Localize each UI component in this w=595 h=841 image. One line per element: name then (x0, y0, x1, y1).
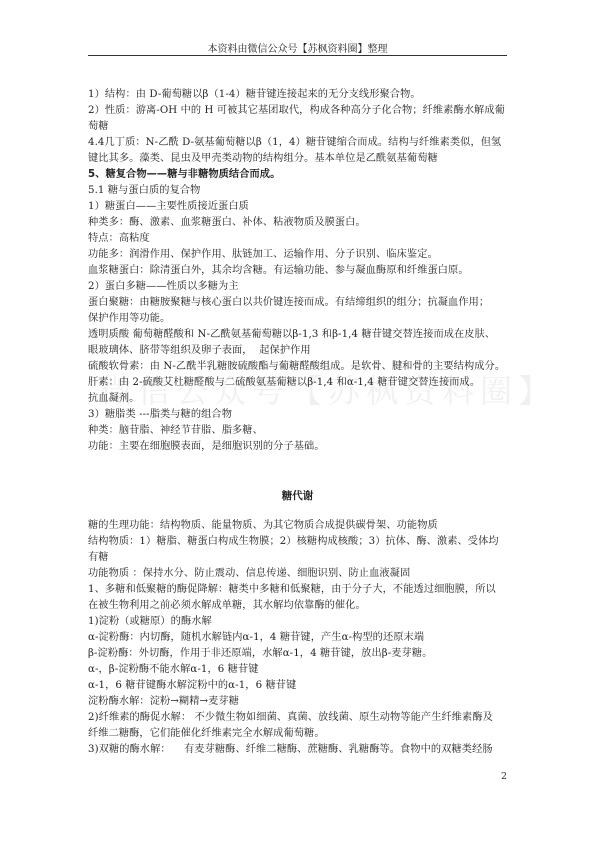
section-heading-glycoconjugates: 5、糖复合物——糖与非糖物质结合而成。 (88, 167, 510, 183)
paragraph-line: 保护作用等功能。 (88, 311, 510, 327)
header-divider (88, 55, 507, 56)
paragraph-line: 2）蛋白多糖——性质以多糖为主 (88, 279, 510, 295)
section-title-glucose-metabolism: 糖代谢 (88, 488, 507, 503)
page-header: 本资料由微信公众号【苏枫资料圈】整理 (88, 40, 507, 55)
paragraph-line: 蛋白聚糖：由糖胺聚糖与核心蛋白以共价键连接而成。有结缔组织的组分；抗凝血作用； (88, 295, 510, 311)
paragraph-line: 键比其多。藻类、昆虫及甲壳类动物的结构组分。基本单位是乙酰氨基葡萄糖 (88, 151, 510, 167)
paragraph-line: 3）糖脂类 ---脂类与糖的组合物 (88, 407, 510, 423)
paragraph-line: 肝素：由 2-硫酸艾杜糖醛酸与二硫酸氨基葡糖以β-1,4 和α-1,4 糖苷键交… (88, 375, 510, 391)
paragraph-line: 1)淀粉（或糖原）的酶水解 (88, 614, 510, 630)
paragraph-line: 2)纤维素的酶促水解： 不少微生物如细菌、真菌、放线菌、原生动物等能产生纤维素酶… (88, 710, 510, 726)
paragraph-line: 硫酸软骨素：由 N-乙酰半乳糖胺硫酸酯与葡糖醛酸组成。是软骨、腱和骨的主要结构成… (88, 359, 510, 375)
paragraph-line: 种类：脑苷脂、神经节苷脂、脂多糖、 (88, 423, 510, 439)
paragraph-line: 糖的生理功能：结构物质、能量物质、为其它物质合成提供碳骨架、功能物质 (88, 518, 510, 534)
paragraph-line: 1）结构：由 D-葡萄糖以β（1-4）糖苷键连接起来的无分支线形聚合物。 (88, 87, 510, 103)
subsection-heading: 5.1 糖与蛋白质的复合物 (88, 183, 510, 199)
paragraph-line: 透明质酸 葡萄糖醛酸和 N-乙酰氨基葡萄糖以β-1,3 和β-1,4 糖苷键交替… (88, 327, 510, 343)
paragraph-line: 在被生物利用之前必须水解成单糖，其水解均依靠酶的催化。 (88, 598, 510, 614)
page-number: 2 (501, 771, 507, 782)
paragraph-line: 功能物质 ：保持水分、防止震动、信息传递、细胞识别、防止血液凝固 (88, 566, 510, 582)
paragraph-line: 特点：高粘度 (88, 231, 510, 247)
content-block-metabolism: 糖的生理功能：结构物质、能量物质、为其它物质合成提供碳骨架、功能物质 结构物质：… (88, 518, 510, 758)
paragraph-line: 结构物质：1）糖脂、糖蛋白构成生物膜；2）核糖构成核酸；3）抗体、酶、激素、受体… (88, 534, 510, 550)
content-block-polysaccharides: 1）结构：由 D-葡萄糖以β（1-4）糖苷键连接起来的无分支线形聚合物。 2）性… (88, 87, 510, 455)
paragraph-line: 纤维二糖酶，它们能催化纤维素完全水解成葡萄糖。 (88, 726, 510, 742)
paragraph-line: 1、多糖和低聚糖的酶促降解：糖类中多糖和低聚糖，由于分子大，不能透过细胞膜，所以 (88, 582, 510, 598)
paragraph-line: β-淀粉酶：外切酶，作用于非还原端，水解α-1，4 糖苷键，放出β-麦芽糖。 (88, 646, 510, 662)
paragraph-line: 抗血凝剂。 (88, 391, 510, 407)
paragraph-line: α-淀粉酶：内切酶，随机水解链内α-1，4 糖苷键，产生α-构型的还原末端 (88, 630, 510, 646)
paragraph-line: 淀粉酶水解：淀粉→糊精→麦芽糖 (88, 694, 510, 710)
paragraph-line: 4.4几丁质：N-乙酰 D-氨基葡萄糖以β（1，4）糖苷键缩合而成。结构与纤维素… (88, 135, 510, 151)
paragraph-line: 1）糖蛋白——主要性质接近蛋白质 (88, 199, 510, 215)
paragraph-line: α-，β-淀粉酶不能水解α-1，6 糖苷键 (88, 662, 510, 678)
paragraph-line: 种类多：酶、激素、血浆糖蛋白、补体、粘液物质及膜蛋白。 (88, 215, 510, 231)
paragraph-line: 2）性质：游离-OH 中的 H 可被其它基团取代，构成各种高分子化合物；纤维素酶… (88, 103, 510, 119)
paragraph-line: 功能：主要在细胞膜表面，是细胞识别的分子基础。 (88, 439, 510, 455)
paragraph-line: 3)双糖的酶水解： 有麦芽糖酶、纤维二糖酶、蔗糖酶、乳糖酶等。食物中的双糖类经肠 (88, 742, 510, 758)
paragraph-line: 功能多：润滑作用、保护作用、肽链加工、运输作用、分子识别、临床鉴定。 (88, 247, 510, 263)
paragraph-line: 血浆糖蛋白：除清蛋白外，其余均含糖。有运输功能、参与凝血酶原和纤维蛋白原。 (88, 263, 510, 279)
paragraph-line: 有糖 (88, 550, 510, 566)
paragraph-line: 萄糖 (88, 119, 510, 135)
paragraph-line: 眼玻璃体、脐带等组织及卵子表面， 起保护作用 (88, 343, 510, 359)
paragraph-line: α-1，6 糖苷键酶水解淀粉中的α-1，6 糖苷键 (88, 678, 510, 694)
